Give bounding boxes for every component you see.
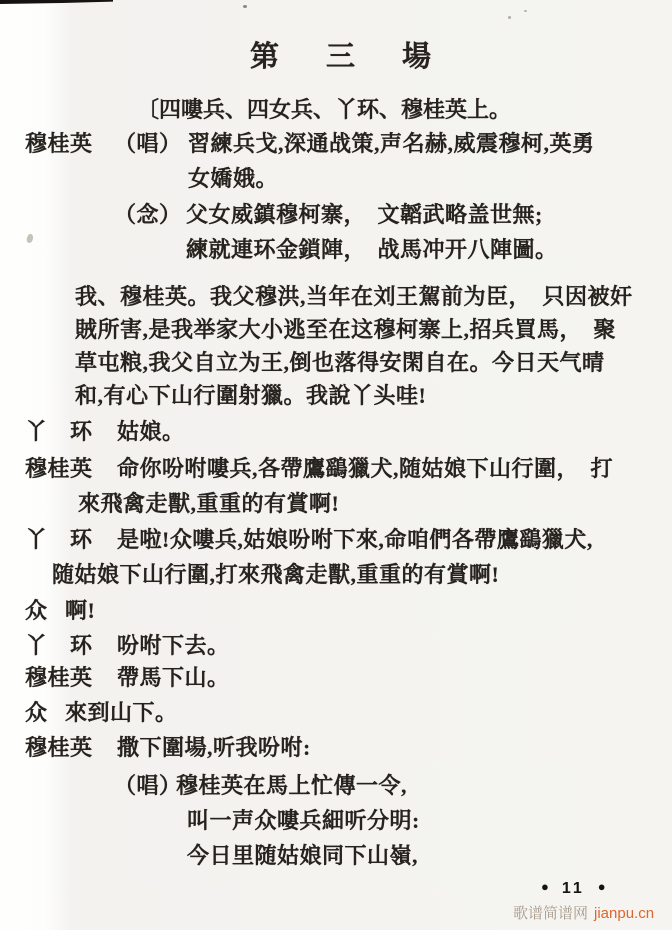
- dialogue-text: 穆桂英在馬上忙傳一令,: [176, 772, 407, 800]
- script-line: 練就連环金鎖陣， 战馬冲开八陣圖。: [0, 236, 672, 268]
- script-line: 穆桂英 撒下圍場,听我吩咐:: [0, 734, 672, 766]
- script-line: 随姑娘下山行圍,打來飛禽走獸,重重的有賞啊!: [0, 561, 672, 593]
- script-line: 叫一声众嘍兵細听分明:: [0, 807, 672, 839]
- ink-speck: [524, 10, 527, 12]
- dialogue-text: 命你吩咐嘍兵,各帶鷹鷂獵犬,随姑娘下山行圍， 打: [117, 455, 613, 483]
- ink-speck: [508, 16, 511, 19]
- scan-edge-artifact: [0, 0, 113, 4]
- speaker-label: 穆桂英: [25, 664, 93, 692]
- dialogue-text: 和,有心下山行圍射獵。我說丫头哇!: [75, 382, 426, 410]
- speaker-label: 穆桂英: [25, 130, 93, 158]
- script-line: 众 啊!: [0, 597, 672, 629]
- performance-tag: （唱）: [114, 772, 182, 800]
- script-line: 和,有心下山行圍射獵。我說丫头哇!: [0, 382, 672, 414]
- dialogue-text: 帶馬下山。: [117, 664, 230, 692]
- script-line: 丫 环 是啦!众嘍兵,姑娘吩咐下來,命咱們各帶鷹鷂獵犬,: [0, 526, 672, 558]
- dialogue-text: 是啦!众嘍兵,姑娘吩咐下來,命咱們各帶鷹鷂獵犬,: [117, 526, 593, 554]
- speaker-label: 众: [25, 597, 48, 625]
- scene-title: 第三場: [250, 34, 478, 75]
- speaker-label: 众: [25, 699, 48, 727]
- watermark-site-url: jianpu.cn: [594, 905, 654, 922]
- dialogue-text: 父女威鎮穆柯寨， 文韜武略盖世無;: [186, 201, 543, 229]
- dialogue-text: 女嬌娥。: [188, 165, 278, 193]
- speaker-label: 丫 环: [25, 418, 93, 446]
- script-line: （唱） 穆桂英在馬上忙傳一令,: [0, 772, 672, 804]
- script-line: 众 來到山下。: [0, 699, 672, 731]
- script-line: 草屯粮,我父自立为王,倒也落得安閑自在。今日天气晴: [0, 349, 672, 381]
- speaker-label: 丫 环: [25, 526, 93, 554]
- dialogue-text: 叫一声众嘍兵細听分明:: [187, 807, 420, 835]
- speaker-label: 丫 环: [25, 632, 93, 660]
- dialogue-text: 來到山下。: [65, 699, 178, 727]
- script-line: 女嬌娥。: [0, 165, 672, 197]
- page-number-dot-left: ●: [541, 879, 549, 894]
- dialogue-text: 啊!: [65, 597, 95, 625]
- watermark: 歌谱简谱网jianpu.cn: [513, 902, 654, 923]
- page-number-value: 11: [562, 880, 585, 897]
- dialogue-text: 随姑娘下山行圍,打來飛禽走獸,重重的有賞啊!: [52, 561, 499, 589]
- script-line: 穆桂英 帶馬下山。: [0, 664, 672, 696]
- speaker-label: 穆桂英: [25, 734, 93, 762]
- speaker-label: 穆桂英: [25, 455, 93, 483]
- script-line: 來飛禽走獸,重重的有賞啊!: [0, 490, 672, 522]
- page-number-dot-right: ●: [598, 879, 606, 894]
- watermark-site-name: 歌谱简谱网: [513, 905, 588, 922]
- dialogue-text: 練就連环金鎖陣， 战馬冲开八陣圖。: [186, 236, 558, 264]
- script-line: 穆桂英 （唱） 習練兵戈,深通战策,声名赫,威震穆柯,英勇: [0, 130, 672, 162]
- dialogue-text: 我、穆桂英。我父穆洪,当年在刘王駕前为臣， 只因被奸: [75, 283, 633, 311]
- script-line: 穆桂英 命你吩咐嘍兵,各帶鷹鷂獵犬,随姑娘下山行圍， 打: [0, 455, 672, 487]
- script-line: 丫 环 吩咐下去。: [0, 632, 672, 664]
- script-line: 賊所害,是我举家大小逃至在这穆柯寨上,招兵買馬， 聚: [0, 316, 672, 348]
- script-line: 丫 环 姑娘。: [0, 418, 672, 450]
- dialogue-text: 姑娘。: [117, 418, 185, 446]
- dialogue-text: 撒下圍場,听我吩咐:: [117, 734, 311, 762]
- performance-tag: （念）: [114, 201, 182, 229]
- dialogue-text: 今日里随姑娘同下山嶺,: [187, 842, 418, 870]
- script-line: 今日里随姑娘同下山嶺,: [0, 842, 672, 874]
- ink-speck: [243, 5, 247, 8]
- dialogue-text: 賊所害,是我举家大小逃至在这穆柯寨上,招兵買馬， 聚: [75, 316, 616, 344]
- performance-tag: （唱）: [114, 130, 182, 158]
- scanned-script-page: 第三場 〔四嘍兵、四女兵、丫环、穆桂英上。 穆桂英 （唱） 習練兵戈,深通战策,…: [0, 0, 672, 930]
- dialogue-text: 習練兵戈,深通战策,声名赫,威震穆柯,英勇: [188, 130, 595, 158]
- script-line: （念） 父女威鎮穆柯寨， 文韜武略盖世無;: [0, 201, 672, 233]
- script-line: 我、穆桂英。我父穆洪,当年在刘王駕前为臣， 只因被奸: [0, 283, 672, 315]
- dialogue-text: 吩咐下去。: [117, 632, 230, 660]
- dialogue-text: 來飛禽走獸,重重的有賞啊!: [78, 490, 339, 518]
- page-number: ●11●: [541, 879, 606, 898]
- dialogue-text: 草屯粮,我父自立为王,倒也落得安閑自在。今日天气晴: [75, 349, 605, 377]
- stage-direction: 〔四嘍兵、四女兵、丫环、穆桂英上。: [137, 93, 511, 124]
